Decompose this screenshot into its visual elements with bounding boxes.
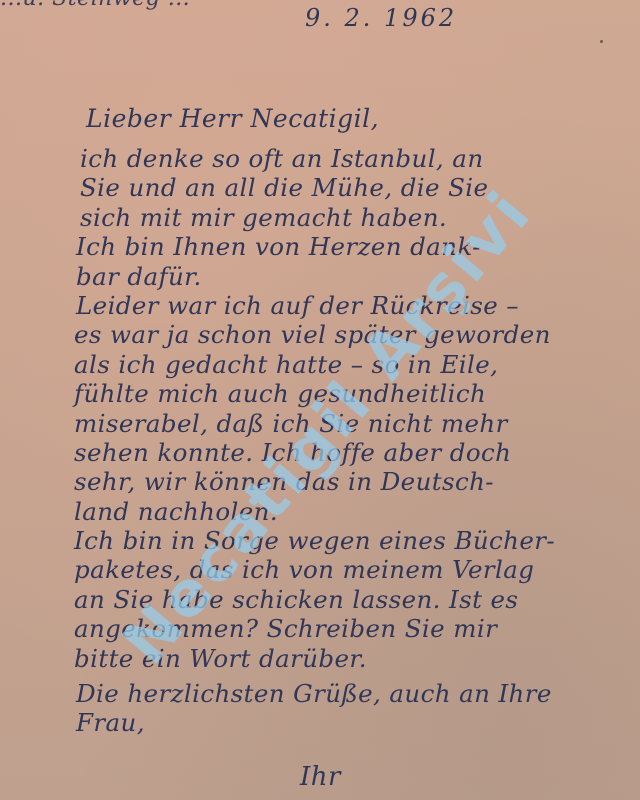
body-line: Sie und an all die Mühe, die Sie	[80, 173, 640, 202]
body-line: land nachholen.	[74, 497, 640, 526]
paper-speck	[600, 40, 603, 43]
body-line: fühlte mich auch gesundheitlich	[74, 379, 640, 408]
body-line: Frau,	[76, 708, 640, 737]
letterhead-fragment: ...u. Steinweg ...	[0, 0, 190, 11]
body-line: miserabel, daß ich Sie nicht mehr	[74, 409, 640, 438]
body-line: Leider war ich auf der Rückreise –	[76, 291, 640, 320]
salutation: Lieber Herr Necatigil,	[86, 104, 379, 133]
signature-closing: Ihr	[300, 762, 341, 792]
body-line: paketes, das ich von meinem Verlag	[74, 555, 640, 584]
body-line: bitte ein Wort darüber.	[74, 644, 640, 673]
letter-date: 9. 2. 1962	[305, 4, 457, 32]
body-line: ich denke so oft an Istanbul, an	[80, 144, 640, 173]
letter-body: ich denke so oft an Istanbul, an Sie und…	[80, 144, 640, 738]
body-line: an Sie habe schicken lassen. Ist es	[74, 585, 640, 614]
body-line: als ich gedacht hatte – so in Eile,	[74, 350, 640, 379]
body-line: Ich bin in Sorge wegen eines Bücher-	[74, 526, 640, 555]
body-line: sich mit mir gemacht haben.	[80, 203, 640, 232]
body-line: bar dafür.	[76, 262, 640, 291]
body-line: Die herzlichsten Grüße, auch an Ihre	[76, 679, 640, 708]
body-line: Ich bin Ihnen von Herzen dank-	[76, 232, 640, 261]
body-line: es war ja schon viel später geworden	[74, 320, 640, 349]
body-line: sehr, wir können das in Deutsch-	[74, 467, 640, 496]
body-line: sehen konnte. Ich hoffe aber doch	[74, 438, 640, 467]
body-line: angekommen? Schreiben Sie mir	[74, 614, 640, 643]
